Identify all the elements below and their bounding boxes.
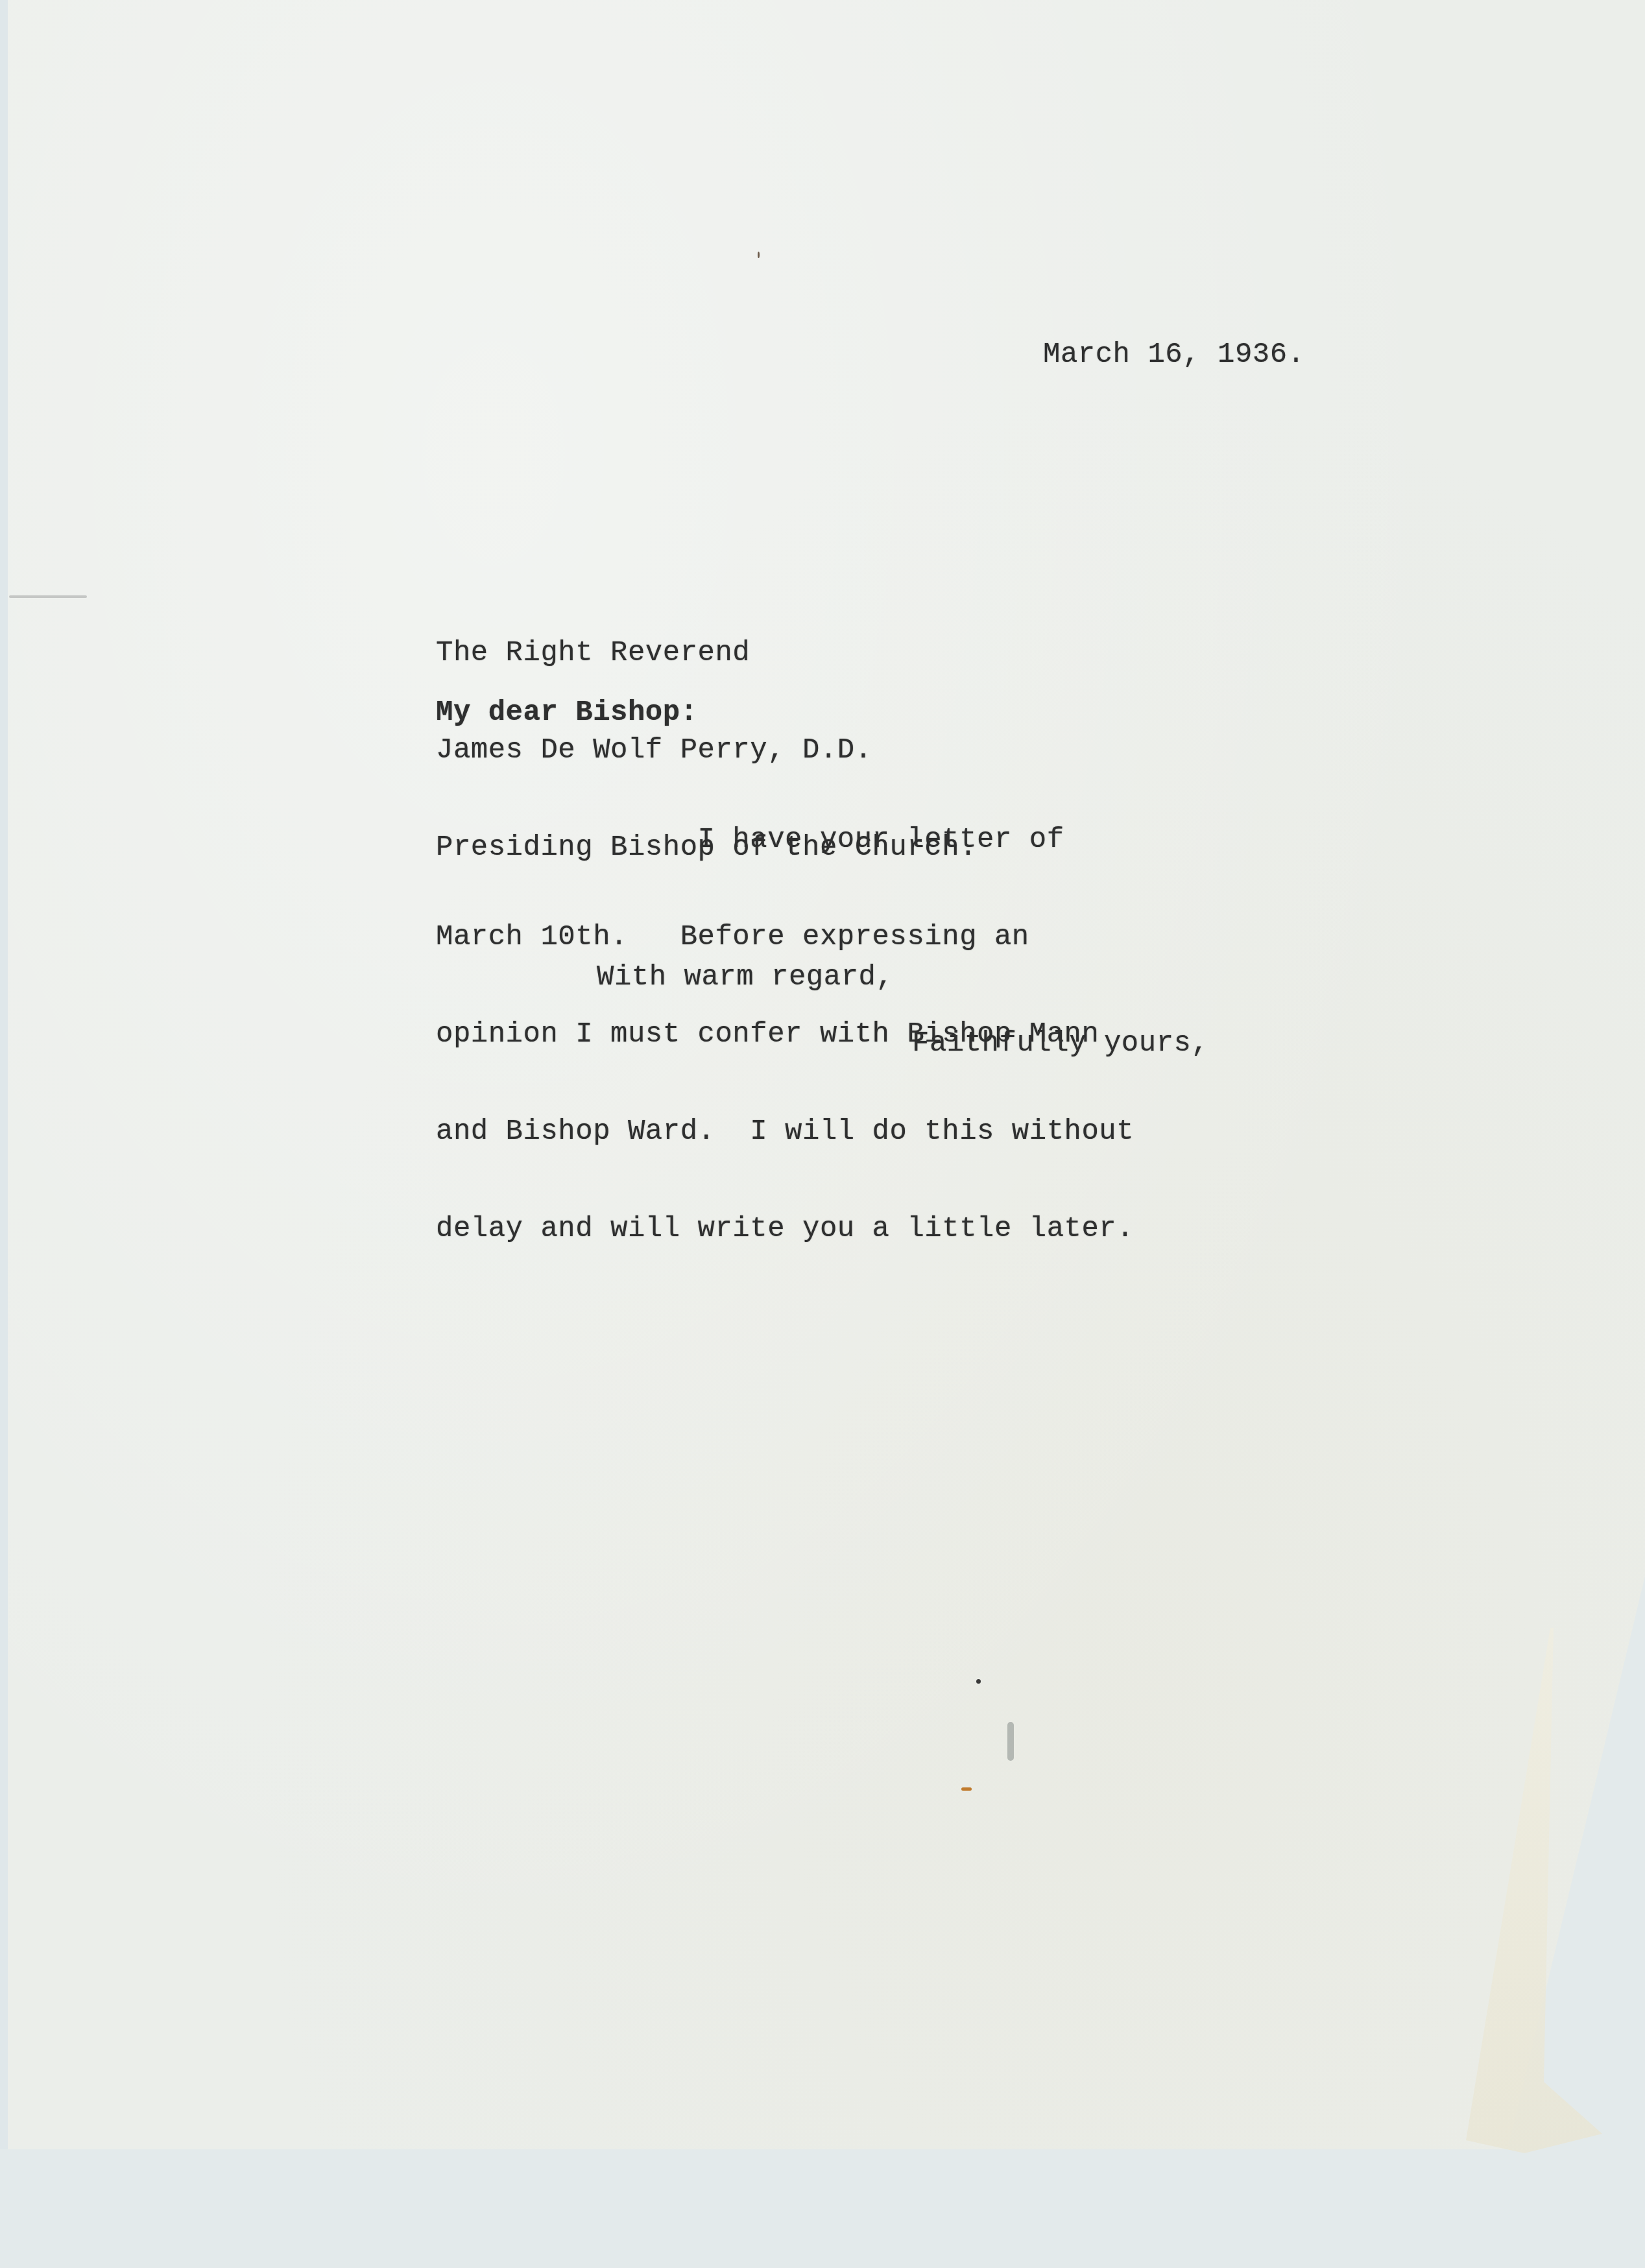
recipient-title: The Right Reverend xyxy=(436,637,977,669)
ink-dot xyxy=(976,1679,981,1684)
letter-body: I have your letter of March 10th. Before… xyxy=(436,759,1134,1278)
letter-date: March 16, 1936. xyxy=(1043,339,1305,371)
paper-speck xyxy=(758,252,760,258)
salutation: My dear Bishop: xyxy=(436,697,698,729)
pencil-smudge xyxy=(1007,1722,1014,1761)
orange-fleck xyxy=(961,1787,972,1791)
body-line: delay and will write you a little later. xyxy=(436,1213,1134,1245)
closing: With warm regard, xyxy=(597,961,893,994)
scanner-left-edge xyxy=(0,0,8,2149)
body-line: and Bishop Ward. I will do this without xyxy=(436,1116,1134,1148)
signoff: Faithfully yours, xyxy=(912,1027,1208,1060)
faint-offset-mark xyxy=(9,595,87,598)
body-line: March 10th. Before expressing an xyxy=(436,921,1134,953)
body-line: I have your letter of xyxy=(436,824,1134,856)
